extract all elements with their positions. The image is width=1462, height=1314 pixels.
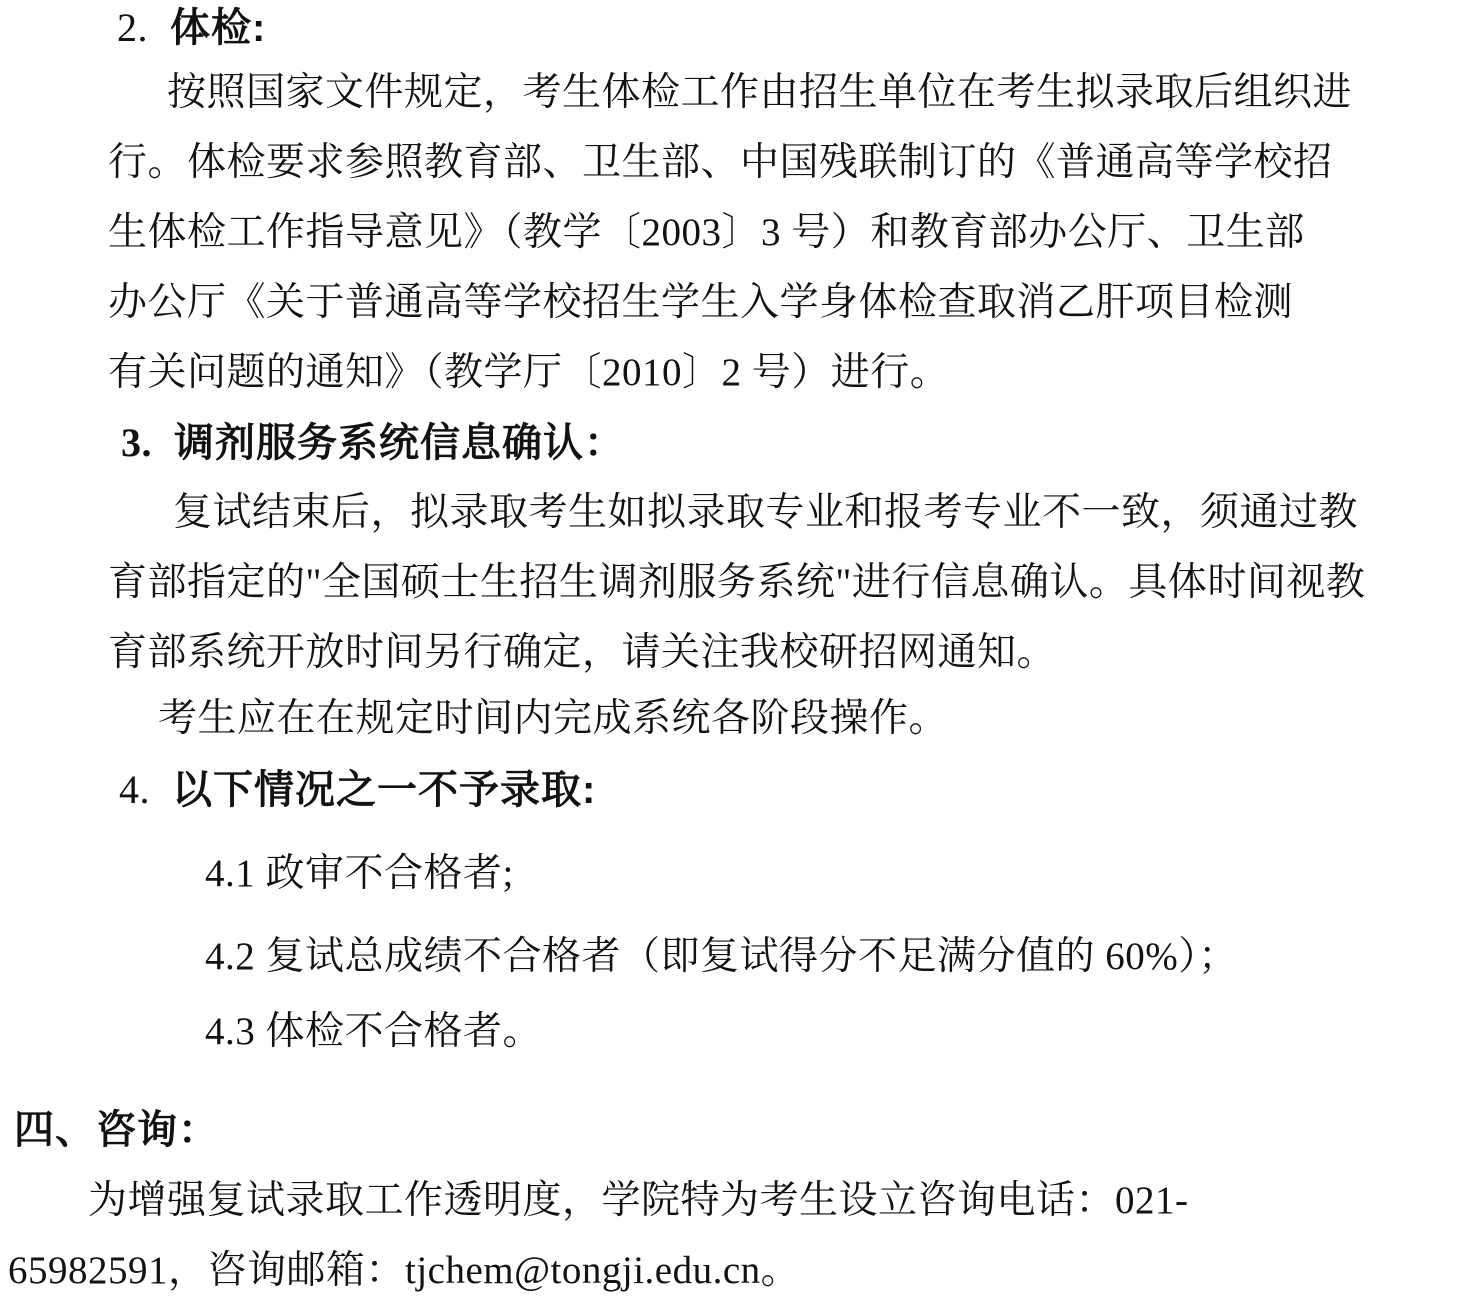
- list-item: 4.3 体检不合格者。: [205, 1011, 542, 1054]
- paragraph-line: 按照国家文件规定，考生体检工作由招生单位在考生拟录取后组织进: [167, 72, 1352, 115]
- section-3-title: 调剂服务系统信息确认：: [174, 421, 625, 465]
- paragraph-line: 行。体检要求参照教育部、卫生部、中国残联制订的《普通高等学校招: [108, 142, 1333, 185]
- section-2-number: 2.: [117, 5, 148, 50]
- paragraph-line: 65982591，咨询邮箱：tjchem@tongji.edu.cn。: [8, 1250, 800, 1293]
- section-consult-title: 四、咨询：: [14, 1108, 219, 1152]
- list-item: 4.2 复试总成绩不合格者（即复试得分不足满分值的 60%）；: [205, 936, 1238, 979]
- list-item: 4.1 政审不合格者;: [205, 853, 514, 896]
- document-page: 2.体检: 按照国家文件规定，考生体检工作由招生单位在考生拟录取后组织进 行。体…: [0, 0, 1462, 1314]
- section-2-title: 体检:: [170, 6, 266, 50]
- paragraph-line: 办公厅《关于普通高等学校招生学生入学身体检查取消乙肝项目检测: [108, 282, 1293, 325]
- paragraph-line: 考生应在在规定时间内完成系统各阶段操作。: [158, 698, 948, 741]
- paragraph-line: 育部指定的"全国硕士生招生调剂服务系统"进行信息确认。具体时间视教: [108, 562, 1365, 605]
- paragraph-line: 生体检工作指导意见》（教学〔2003〕3 号）和教育部办公厅、卫生部: [108, 212, 1305, 255]
- section-4-title: 以下情况之一不予录取:: [172, 768, 596, 812]
- paragraph-line: 为增强复试录取工作透明度，学院特为考生设立咨询电话：021-: [88, 1180, 1189, 1223]
- section-4-heading: 4.以下情况之一不予录取:: [119, 768, 596, 813]
- section-4-number: 4.: [119, 767, 150, 812]
- paragraph-line: 育部系统开放时间另行确定，请关注我校研招网通知。: [108, 632, 1056, 675]
- paragraph-line: 复试结束后，拟录取考生如拟录取专业和报考专业不一致，须通过教: [173, 492, 1358, 535]
- section-3-number: 3.: [121, 420, 152, 465]
- section-2-heading: 2.体检:: [117, 6, 266, 51]
- section-consult-heading: 四、咨询：: [14, 1108, 219, 1153]
- paragraph-line: 有关问题的通知》（教学厅〔2010〕2 号）进行。: [108, 352, 949, 395]
- section-3-heading: 3.调剂服务系统信息确认：: [121, 421, 625, 466]
